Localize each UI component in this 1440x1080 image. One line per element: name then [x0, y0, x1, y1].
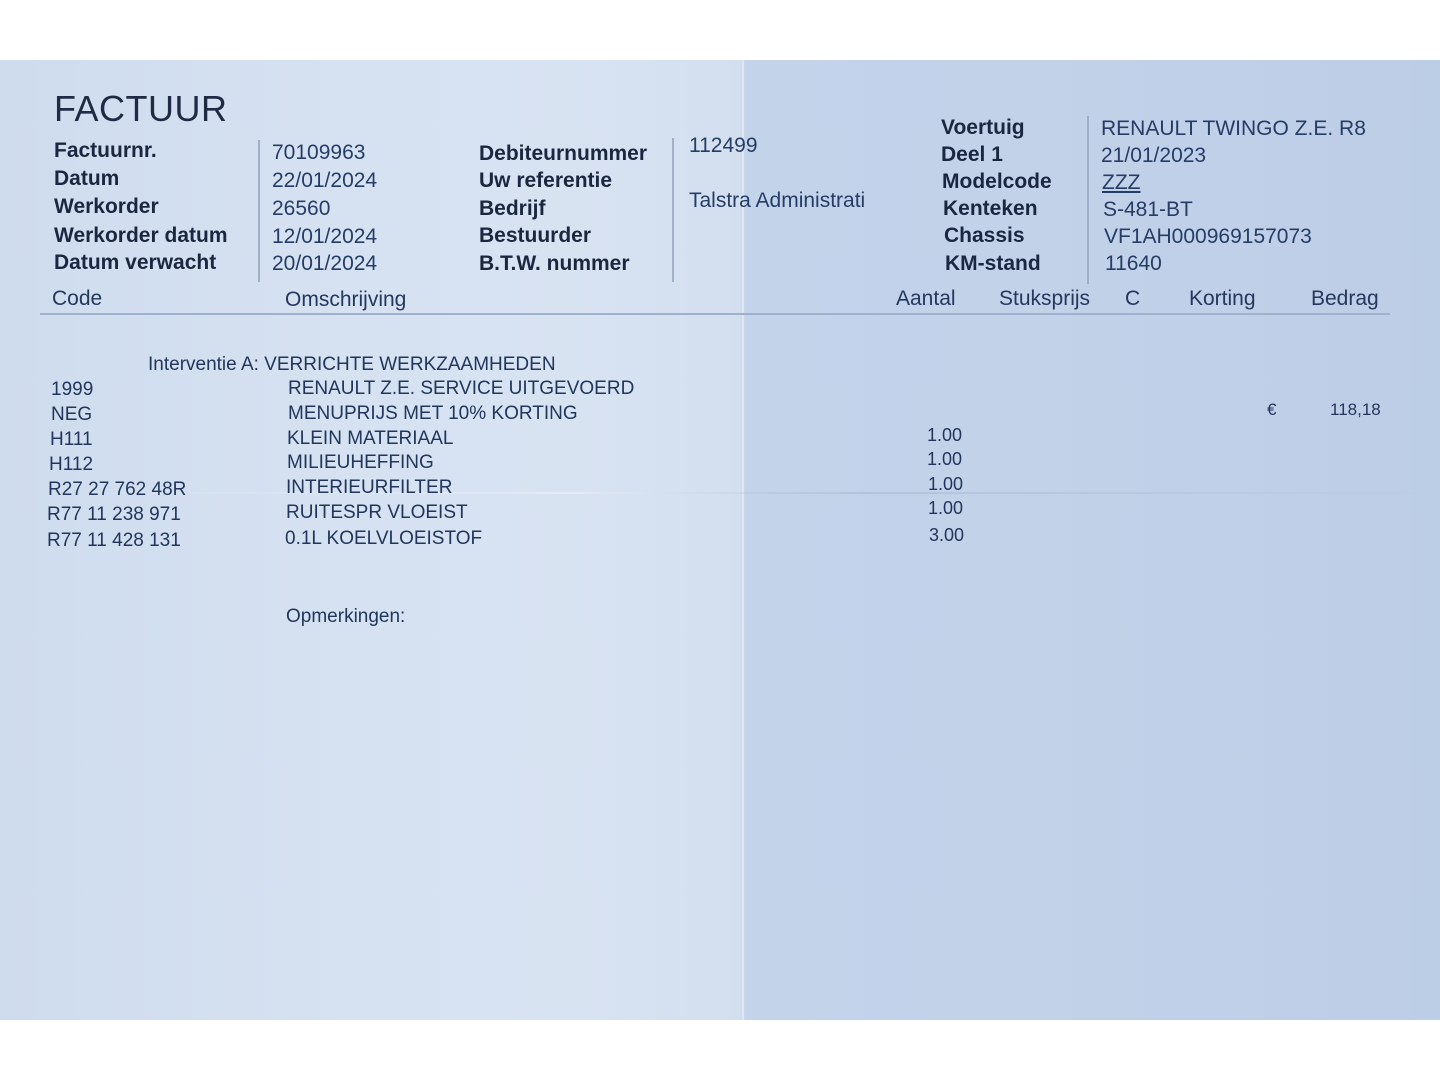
label-modelcode: Modelcode — [942, 170, 1052, 194]
value-deel-1: 21/01/2023 — [1101, 144, 1206, 168]
row-description: MILIEUHEFFING — [287, 452, 434, 474]
divider — [1087, 116, 1089, 284]
header-rule — [40, 313, 1390, 315]
remarks-label: Opmerkingen: — [286, 606, 405, 628]
label-km-stand: KM-stand — [945, 252, 1041, 276]
value-datum-verwacht: 20/01/2024 — [272, 252, 377, 276]
label-debiteurnummer: Debiteurnummer — [479, 142, 647, 166]
value-factuurnr: 70109963 — [272, 141, 365, 165]
value-datum: 22/01/2024 — [272, 169, 377, 193]
column-header-omschrijving: Omschrijving — [285, 288, 406, 312]
row-description: RENAULT Z.E. SERVICE UITGEVOERD — [288, 378, 634, 400]
label-werkorder-datum: Werkorder datum — [54, 224, 228, 248]
column-header-code: Code — [52, 287, 102, 311]
row-amount: 118,18 — [1330, 400, 1381, 420]
row-code: R77 11 428 131 — [47, 530, 181, 552]
invoice-title: FACTUUR — [54, 88, 228, 130]
column-header-bedrag: Bedrag — [1311, 287, 1379, 311]
value-bedrijf: Talstra Administrati — [689, 189, 865, 213]
column-header-korting: Korting — [1189, 287, 1256, 311]
label-voertuig: Voertuig — [941, 116, 1025, 140]
label-datum-verwacht: Datum verwacht — [54, 251, 216, 275]
label-kenteken: Kenteken — [943, 197, 1038, 221]
section-title: Interventie A: VERRICHTE WERKZAAMHEDEN — [148, 354, 556, 376]
column-header-aantal: Aantal — [896, 287, 956, 311]
divider — [258, 140, 260, 282]
row-quantity: 1.00 — [927, 449, 962, 470]
label-deel-1: Deel 1 — [941, 143, 1003, 167]
row-description: KLEIN MATERIAAL — [287, 428, 453, 450]
invoice-paper: FACTUUR Factuurnr. Datum Werkorder Werko… — [0, 60, 1440, 1020]
label-btw-nummer: B.T.W. nummer — [479, 252, 630, 276]
column-header-c: C — [1125, 287, 1140, 311]
label-bestuurder: Bestuurder — [479, 224, 591, 248]
label-werkorder: Werkorder — [54, 195, 159, 219]
value-werkorder-datum: 12/01/2024 — [272, 225, 377, 249]
value-kenteken: S-481-BT — [1103, 198, 1193, 222]
row-code: R27 27 762 48R — [48, 479, 186, 501]
row-description: RUITESPR VLOEIST — [286, 502, 468, 524]
row-code: R77 11 238 971 — [47, 504, 181, 526]
label-bedrijf: Bedrijf — [479, 197, 546, 221]
value-modelcode: ZZZ — [1102, 171, 1140, 195]
row-code: 1999 — [51, 379, 93, 401]
row-code: H111 — [50, 429, 93, 451]
row-quantity: 1.00 — [928, 498, 963, 519]
row-quantity: 1.00 — [928, 474, 963, 495]
value-voertuig: RENAULT TWINGO Z.E. R8 — [1101, 117, 1371, 141]
value-chassis: VF1AH000969157073 — [1104, 225, 1312, 249]
label-datum: Datum — [54, 167, 119, 191]
row-description: INTERIEURFILTER — [286, 477, 452, 499]
label-factuurnr: Factuurnr. — [54, 139, 157, 163]
row-code: NEG — [51, 404, 92, 426]
row-quantity: 1.00 — [927, 425, 962, 446]
column-header-stuksprijs: Stuksprijs — [999, 287, 1090, 311]
row-description: MENUPRIJS MET 10% KORTING — [288, 403, 578, 425]
row-currency: € — [1267, 400, 1276, 420]
row-code: H112 — [49, 454, 93, 476]
paper-crease — [0, 492, 1440, 494]
value-debiteurnummer: 112499 — [689, 134, 758, 158]
row-quantity: 3.00 — [929, 525, 964, 546]
row-description: 0.1L KOELVLOEISTOF — [285, 528, 482, 550]
value-werkorder: 26560 — [272, 197, 330, 221]
label-chassis: Chassis — [944, 224, 1025, 248]
divider — [672, 138, 674, 282]
value-km-stand: 11640 — [1105, 252, 1162, 276]
label-uw-referentie: Uw referentie — [479, 169, 612, 193]
